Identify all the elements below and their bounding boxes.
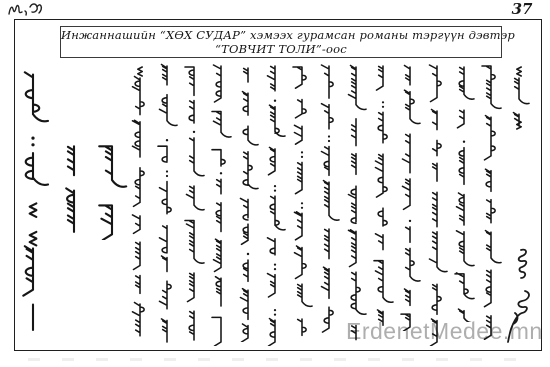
book-page-scan: 37 Инжаннашийн “ХӨХ СУДАР” хэмээх гурамс… xyxy=(0,0,550,367)
watermark: ErdenetMedee.mn xyxy=(346,318,543,345)
scan-artifact xyxy=(28,358,523,361)
script-columns xyxy=(0,0,550,367)
script-column xyxy=(497,64,533,134)
